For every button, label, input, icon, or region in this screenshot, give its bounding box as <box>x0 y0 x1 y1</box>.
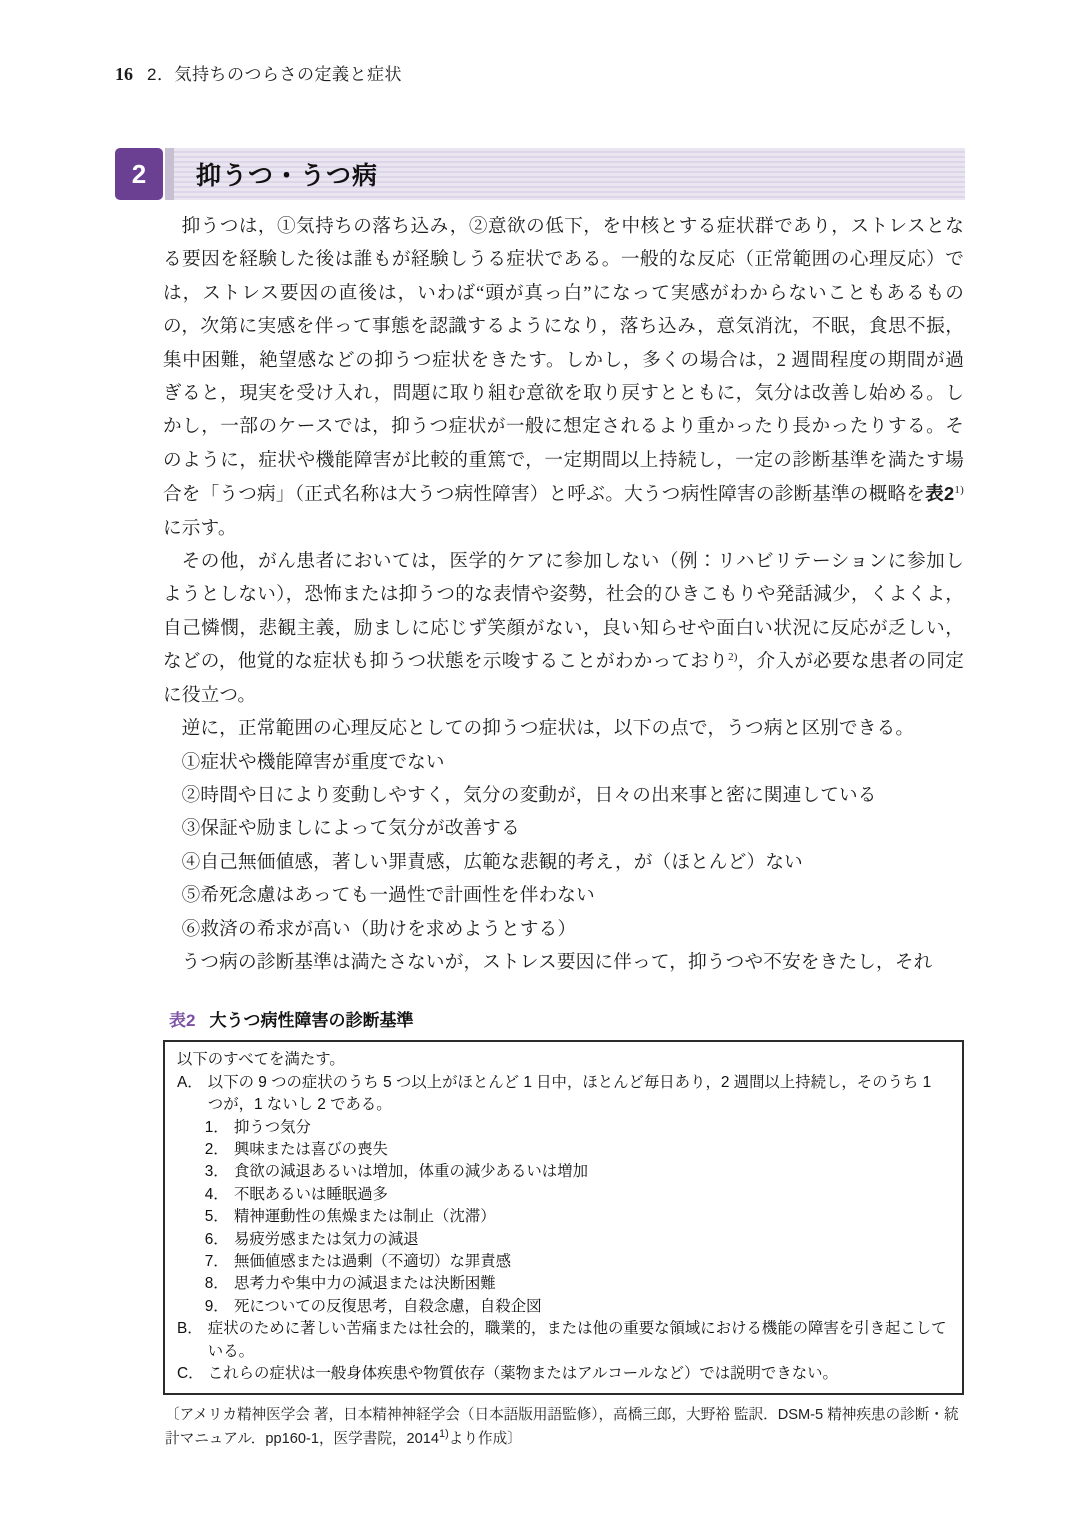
symptom-row: 4． 不眠あるいは睡眠過多 <box>205 1184 950 1206</box>
symptom-row: 5． 精神運動性の焦燥または制止（沈滞） <box>205 1206 950 1228</box>
symptom-text: 無価値感または過剰（不適切）な罪責感 <box>234 1251 950 1273</box>
banner-separator <box>165 148 174 200</box>
symptom-number: 1． <box>205 1117 234 1139</box>
symptom-text: 抑うつ気分 <box>234 1117 950 1139</box>
table-source-citation: 〔アメリカ精神医学会 著，日本精神神経学会（日本語版用語監修），高橋三郎，大野裕… <box>165 1404 964 1451</box>
list-item: ④自己無価値感，著しい罪責感，広範な悲観的考え，が（ほとんど）ない <box>182 846 964 879</box>
table-caption: 表2 大うつ病性障害の診断基準 <box>169 1006 964 1031</box>
citation-text: 〔アメリカ精神医学会 著，日本精神神経学会（日本語版用語監修），高橋三郎，大野裕… <box>165 1407 959 1447</box>
paragraph-depression-overview: 抑うつは，①気持ちの落ち込み，②意欲の低下，を中核とする症状群であり，ストレスと… <box>163 210 964 545</box>
book-page: 16 2．気持ちのつらさの定義と症状 2 抑うつ・うつ病 抑うつは，①気持ちの落… <box>0 0 1075 1518</box>
criterion-label: C． <box>177 1363 208 1385</box>
list-item: ⑤希死念慮はあっても一過性で計画性を伴わない <box>182 879 964 912</box>
citation-superscript: 1) <box>439 1428 449 1440</box>
list-item: ⑥救済の希求が高い（助けを求めようとする） <box>182 913 964 946</box>
symptom-row: 1． 抑うつ気分 <box>205 1117 950 1139</box>
section-banner: 2 抑うつ・うつ病 <box>115 148 965 200</box>
symptom-number: 3． <box>205 1161 234 1183</box>
criterion-b: B． 症状のために著しい苦痛または社会的，職業的，または他の重要な領域における機… <box>177 1318 950 1363</box>
symptom-number: 4． <box>205 1184 234 1206</box>
paragraph-text: 抑うつは，①気持ちの落ち込み，②意欲の低下，を中核とする症状群であり，ストレスと… <box>163 216 964 505</box>
reference-superscript-2: 2) <box>728 651 738 663</box>
reference-superscript-1: 1) <box>954 484 964 496</box>
criterion-label: A． <box>177 1072 208 1117</box>
section-number-badge: 2 <box>115 148 163 200</box>
symptom-row: 7． 無価値感または過剰（不適切）な罪責感 <box>205 1251 950 1273</box>
criterion-text: 以下の 9 つの症状のうち 5 つ以上がほとんど 1 日中，ほとんど毎日あり，2… <box>208 1072 950 1117</box>
symptom-number: 9． <box>205 1296 234 1318</box>
page-number: 16 <box>115 64 133 85</box>
table-2-section: 表2 大うつ病性障害の診断基準 以下のすべてを満たす。 A． 以下の 9 つの症… <box>163 1006 964 1451</box>
paragraph-cancer-patients: その他，がん患者においては，医学的ケアに参加しない（例：リハビリテーションに参加… <box>163 545 964 712</box>
symptom-number: 7． <box>205 1251 234 1273</box>
criterion-label: B． <box>177 1318 208 1363</box>
list-item: ③保証や励ましによって気分が改善する <box>182 812 964 845</box>
distinction-list: ①症状や機能障害が重度でない ②時間や日により変動しやすく，気分の変動が，日々の… <box>163 746 964 946</box>
list-item: ①症状や機能障害が重度でない <box>182 746 964 779</box>
criteria-intro: 以下のすべてを満たす。 <box>177 1049 950 1071</box>
table-caption-title: 大うつ病性障害の診断基準 <box>209 1006 413 1031</box>
symptom-text: 食欲の減退あるいは増加，体重の減少あるいは増加 <box>234 1161 950 1183</box>
criterion-text: これらの症状は一般身体疾患や物質依存（薬物またはアルコールなど）では説明できない… <box>208 1363 950 1385</box>
symptom-text: 死についての反復思考，自殺念慮，自殺企図 <box>234 1296 950 1318</box>
symptom-text: 精神運動性の焦燥または制止（沈滞） <box>234 1206 950 1228</box>
table-reference-bold: 表2 <box>925 483 954 504</box>
symptom-row: 8． 思考力や集中力の減退または決断困難 <box>205 1273 950 1295</box>
paragraph-adjustment-intro: うつ病の診断基準は満たさないが，ストレス要因に伴って，抑うつや不安をきたし，それ <box>163 946 964 979</box>
symptom-row: 6． 易疲労感または気力の減退 <box>205 1229 950 1251</box>
symptom-number: 2． <box>205 1139 234 1161</box>
chapter-title: 2．気持ちのつらさの定義と症状 <box>147 60 402 85</box>
table-caption-label: 表2 <box>169 1006 195 1031</box>
symptom-number: 6． <box>205 1229 234 1251</box>
banner-stripes: 抑うつ・うつ病 <box>174 148 965 200</box>
criterion-a: A． 以下の 9 つの症状のうち 5 つ以上がほとんど 1 日中，ほとんど毎日あ… <box>177 1072 950 1117</box>
symptom-text: 興味または喜びの喪失 <box>234 1139 950 1161</box>
running-header: 16 2．気持ちのつらさの定義と症状 <box>115 60 402 85</box>
symptom-number: 8． <box>205 1273 234 1295</box>
symptom-number: 5． <box>205 1206 234 1228</box>
symptom-text: 不眠あるいは睡眠過多 <box>234 1184 950 1206</box>
diagnostic-criteria-box: 以下のすべてを満たす。 A． 以下の 9 つの症状のうち 5 つ以上がほとんど … <box>163 1040 964 1395</box>
section-title: 抑うつ・うつ病 <box>196 156 378 192</box>
criterion-c: C． これらの症状は一般身体疾患や物質依存（薬物またはアルコールなど）では説明で… <box>177 1363 950 1385</box>
symptom-text: 易疲労感または気力の減退 <box>234 1229 950 1251</box>
paragraph-distinction-intro: 逆に，正常範囲の心理反応としての抑うつ症状は，以下の点で，うつ病と区別できる。 <box>163 712 964 745</box>
symptom-row: 9． 死についての反復思考，自殺念慮，自殺企図 <box>205 1296 950 1318</box>
symptom-text: 思考力や集中力の減退または決断困難 <box>234 1273 950 1295</box>
paragraph-text: に示す。 <box>163 518 237 539</box>
list-item: ②時間や日により変動しやすく，気分の変動が，日々の出来事と密に関連している <box>182 779 964 812</box>
symptom-row: 2． 興味または喜びの喪失 <box>205 1139 950 1161</box>
symptom-row: 3． 食欲の減退あるいは増加，体重の減少あるいは増加 <box>205 1161 950 1183</box>
main-text-column: 抑うつは，①気持ちの落ち込み，②意欲の低下，を中核とする症状群であり，ストレスと… <box>163 210 964 1451</box>
criterion-text: 症状のために著しい苦痛または社会的，職業的，または他の重要な領域における機能の障… <box>208 1318 950 1363</box>
citation-text: より作成〕 <box>449 1431 522 1447</box>
